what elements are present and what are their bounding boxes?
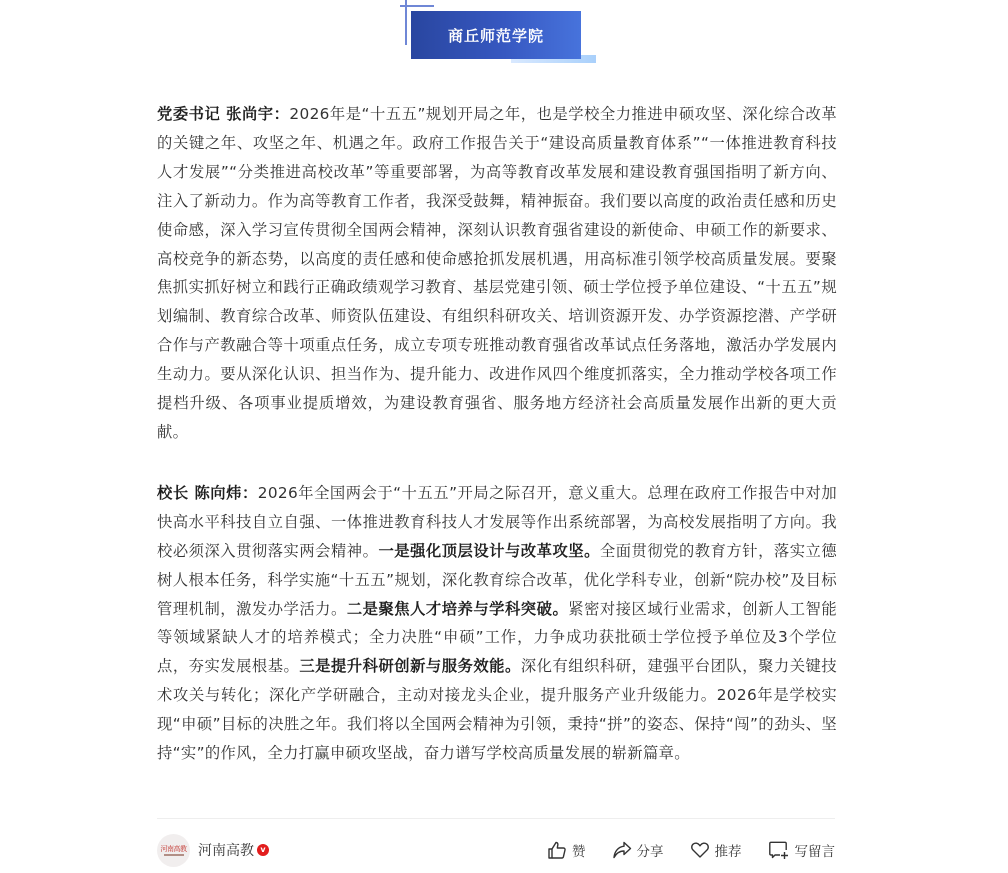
avatar[interactable]: 河南高教 <box>157 834 190 867</box>
heart-icon <box>690 840 710 860</box>
account-name[interactable]: 河南高教 <box>198 840 254 860</box>
account-info[interactable]: 河南高教 河南高教 v <box>157 834 269 867</box>
share-label: 分享 <box>637 840 664 860</box>
recommend-label: 推荐 <box>715 840 742 860</box>
like-label: 赞 <box>572 840 586 860</box>
paragraph-spacer <box>157 447 837 479</box>
thumbs-up-icon <box>547 840 567 860</box>
paragraph-president: 校长 陈向炜：2026年全国两会于“十五五”开局之际召开，意义重大。总理在政府工… <box>157 479 837 768</box>
action-bar: 赞 分享 推荐 写留言 <box>547 840 835 860</box>
speaker-label: 党委书记 张尚宇： <box>157 105 289 123</box>
recommend-button[interactable]: 推荐 <box>690 840 742 860</box>
article-body: 党委书记 张尚宇：2026年是“十五五”规划开局之年，也是学校全力推进申硕攻坚、… <box>157 100 837 768</box>
article-footer: 河南高教 河南高教 v 赞 分享 推荐 <box>157 832 835 868</box>
paragraph-party-secretary: 党委书记 张尚宇：2026年是“十五五”规划开局之年，也是学校全力推进申硕攻坚、… <box>157 100 837 447</box>
avatar-logo-underline <box>164 854 184 856</box>
verified-badge-icon: v <box>257 844 269 856</box>
avatar-logo-text: 河南高教 <box>161 845 187 853</box>
like-button[interactable]: 赞 <box>547 840 586 860</box>
comment-icon <box>768 840 790 860</box>
emphasis-point-3: 三是提升科研创新与服务效能。 <box>299 657 520 675</box>
page-title-text: 商丘师范学院 <box>448 25 544 46</box>
paragraph-text: 2026年是“十五五”规划开局之年，也是学校全力推进申硕攻坚、深化综合改革的关键… <box>157 105 837 441</box>
share-button[interactable]: 分享 <box>612 840 664 860</box>
emphasis-point-2: 二是聚焦人才培养与学科突破。 <box>347 600 568 618</box>
share-icon <box>612 840 632 860</box>
emphasis-point-1: 一是强化顶层设计与改革攻坚。 <box>378 542 599 560</box>
header-banner: 商丘师范学院 <box>400 0 600 64</box>
footer-divider <box>157 818 835 819</box>
write-comment-label: 写留言 <box>795 840 836 860</box>
write-comment-button[interactable]: 写留言 <box>768 840 836 860</box>
decorative-horizontal-line <box>400 5 434 7</box>
page-title: 商丘师范学院 <box>411 11 581 59</box>
speaker-label: 校长 陈向炜： <box>157 484 258 502</box>
